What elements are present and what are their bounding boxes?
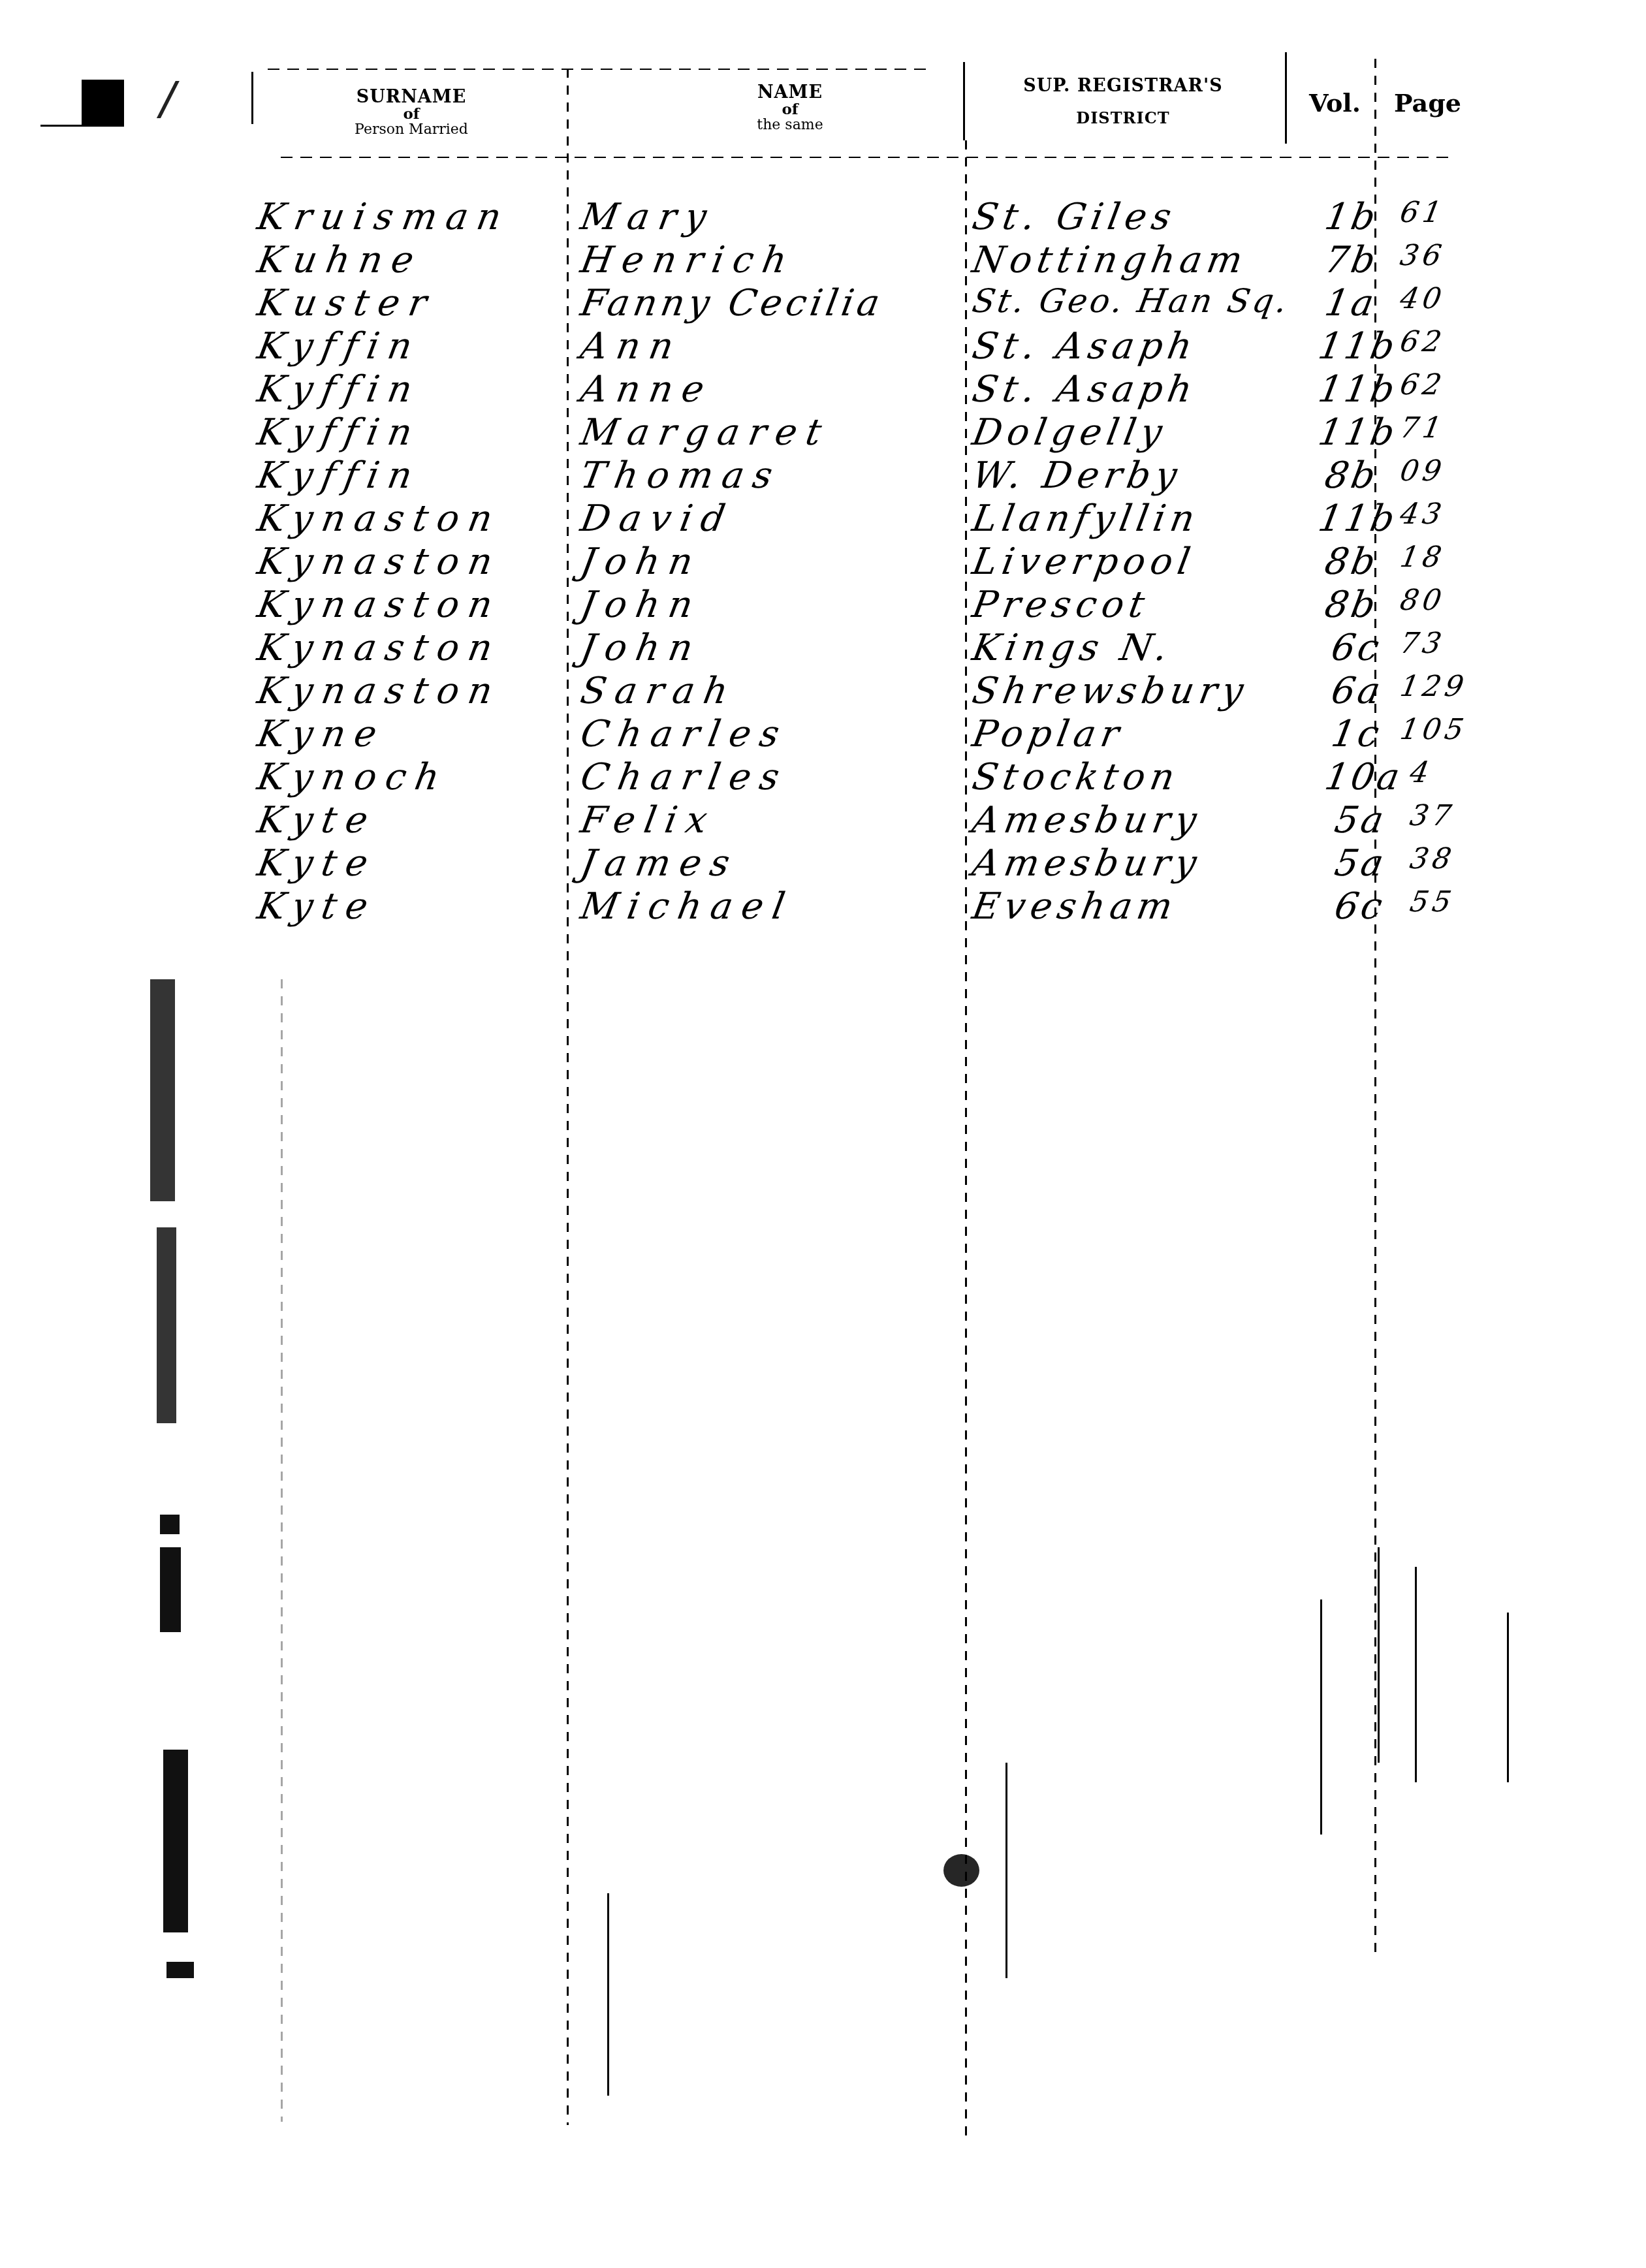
district: Dolgelly xyxy=(969,411,1170,454)
volume: 1b xyxy=(1322,196,1381,238)
volume: 6a xyxy=(1328,670,1385,712)
district: W. Derby xyxy=(969,454,1185,497)
page: 37 xyxy=(1408,799,1458,832)
ruling-line-lower-district xyxy=(1005,1763,1007,1978)
page-column-header: Page xyxy=(1394,88,1461,118)
page: 09 xyxy=(1398,454,1448,488)
volume: 11b xyxy=(1315,497,1401,540)
district: Llanfyllin xyxy=(969,497,1203,540)
page: 40 xyxy=(1398,282,1448,315)
entry-row: Kynaston John Kings N. 6c 73 xyxy=(0,627,1646,670)
ruling-line-lower-name xyxy=(607,1893,609,2096)
surname: Kyffin xyxy=(254,368,424,411)
scan-edge-artifact xyxy=(160,1547,181,1632)
district: Stockton xyxy=(969,756,1183,798)
district: Nottingham xyxy=(969,239,1251,281)
volume: 8b xyxy=(1322,541,1381,583)
district: St. Asaph xyxy=(969,325,1200,368)
page: 43 xyxy=(1398,497,1448,531)
page: 129 xyxy=(1398,670,1470,703)
ruling-line-left-margin xyxy=(281,979,283,2122)
surname: Kuster xyxy=(254,282,439,324)
surname: Kruisman xyxy=(254,196,513,238)
surname: Kyne xyxy=(254,713,389,755)
surname-header-line2: of xyxy=(307,106,516,122)
forename: James xyxy=(577,842,742,885)
ruling-line-right-3 xyxy=(1415,1567,1417,1782)
scan-edge-artifact xyxy=(166,1962,194,1978)
volume: 5a xyxy=(1331,842,1389,885)
forename: David xyxy=(577,497,737,540)
surname: Kyte xyxy=(254,799,380,842)
page: 73 xyxy=(1398,627,1448,660)
entry-row: Kyne Charles Poplar 1c 105 xyxy=(0,713,1646,756)
district: St. Giles xyxy=(969,196,1179,238)
corner-underline xyxy=(40,125,86,127)
surname: Kyffin xyxy=(254,454,424,497)
page: 80 xyxy=(1398,584,1448,617)
district: Amesbury xyxy=(969,799,1205,842)
entry-row: Kynaston Sarah Shrewsbury 6a 129 xyxy=(0,670,1646,713)
ruling-line-right-2 xyxy=(1378,1547,1380,1763)
entry-row: Kuhne Henrich Nottingham 7b 36 xyxy=(0,239,1646,282)
page: 4 xyxy=(1408,756,1436,789)
entry-row: Kynaston John Liverpool 8b 18 xyxy=(0,541,1646,584)
page: 61 xyxy=(1398,196,1448,229)
forename: Charles xyxy=(577,756,791,798)
volume: 1a xyxy=(1322,282,1379,324)
district: Kings N. xyxy=(969,627,1176,669)
forename: Sarah xyxy=(577,670,740,712)
district: St. Asaph xyxy=(969,368,1200,411)
page: 38 xyxy=(1408,842,1458,875)
scan-edge-artifact xyxy=(157,1227,176,1423)
ruling-line-right-1 xyxy=(1320,1599,1322,1835)
name-column-header: NAME of the same xyxy=(686,84,894,133)
surname: Kuhne xyxy=(254,239,426,281)
name-header-line3: the same xyxy=(686,118,894,133)
forename: Margaret xyxy=(577,411,834,454)
header-bottom-rule xyxy=(281,157,1449,158)
surname: Kynaston xyxy=(254,627,505,669)
surname: Kyte xyxy=(254,885,380,928)
name-header-line1: NAME xyxy=(686,84,894,102)
entry-row: Kyffin Anne St. Asaph 11b 62 xyxy=(0,368,1646,411)
corner-black-mark xyxy=(82,80,124,127)
page: 36 xyxy=(1398,239,1448,272)
volume: 10a xyxy=(1322,756,1405,798)
surname: Kynaston xyxy=(254,670,505,712)
page: 55 xyxy=(1408,885,1458,919)
district: Amesbury xyxy=(969,842,1205,885)
surname-header-line3: Person Married xyxy=(307,122,516,137)
forename: John xyxy=(577,541,705,583)
entry-row: Kyffin Margaret Dolgelly 11b 71 xyxy=(0,411,1646,454)
district: Liverpool xyxy=(969,541,1198,583)
forename: Ann xyxy=(577,325,686,368)
volume: 11b xyxy=(1315,368,1401,411)
surname: Kyte xyxy=(254,842,380,885)
surname-column-header: SURNAME of Person Married xyxy=(307,88,516,138)
volume: 6c xyxy=(1331,885,1387,928)
entry-row: Kynaston David Llanfyllin 11b 43 xyxy=(0,497,1646,541)
corner-pencil-mark: / xyxy=(160,72,176,125)
volume: 6c xyxy=(1328,627,1384,669)
forename: Mary xyxy=(577,196,719,238)
district: Poplar xyxy=(969,713,1128,755)
forename: Thomas xyxy=(577,454,785,497)
volume: 1c xyxy=(1328,713,1384,755)
page: 62 xyxy=(1398,368,1448,402)
district: Prescot xyxy=(969,584,1152,626)
entry-row: Kynaston John Prescot 8b 80 xyxy=(0,584,1646,627)
entry-row: Kruisman Mary St. Giles 1b 61 xyxy=(0,196,1646,239)
page: 62 xyxy=(1398,325,1448,358)
district: Shrewsbury xyxy=(969,670,1252,712)
entry-row: Kyte Michael Evesham 6c 55 xyxy=(0,885,1646,928)
volume: 8b xyxy=(1322,454,1381,497)
volume: 8b xyxy=(1322,584,1381,626)
scan-edge-artifact xyxy=(160,1515,180,1534)
surname: Kyffin xyxy=(254,325,424,368)
scan-edge-artifact xyxy=(163,1750,188,1932)
forename: Felix xyxy=(577,799,720,842)
entry-row: Kyte Felix Amesbury 5a 37 xyxy=(0,799,1646,842)
vol-column-header: Vol. xyxy=(1309,88,1361,118)
district-header-line2: DISTRICT xyxy=(979,110,1267,126)
surname-header-line1: SURNAME xyxy=(307,88,516,106)
volume: 11b xyxy=(1315,325,1401,368)
scan-edge-artifact xyxy=(150,979,175,1201)
surname: Kynaston xyxy=(254,541,505,583)
forename: Fanny Cecilia xyxy=(577,282,887,324)
forename: Anne xyxy=(577,368,716,411)
page: 18 xyxy=(1398,541,1448,574)
entry-row: Kyte James Amesbury 5a 38 xyxy=(0,842,1646,885)
surname: Kynaston xyxy=(254,497,505,540)
column-divider-name-district xyxy=(963,62,965,140)
entry-row: Kyffin Ann St. Asaph 11b 62 xyxy=(0,325,1646,368)
entry-row: Kynoch Charles Stockton 10a 4 xyxy=(0,756,1646,799)
district: St. Geo. Han Sq. xyxy=(970,282,1293,320)
surname: Kyffin xyxy=(254,411,424,454)
forename: Michael xyxy=(577,885,797,928)
district: Evesham xyxy=(969,885,1180,928)
forename: John xyxy=(577,584,705,626)
column-divider-district-vol xyxy=(1285,52,1287,144)
district-column-header: SUP. REGISTRAR'S DISTRICT xyxy=(979,77,1267,127)
volume: 7b xyxy=(1322,239,1381,281)
page: 71 xyxy=(1398,411,1448,445)
volume: 5a xyxy=(1331,799,1389,842)
forename: John xyxy=(577,627,705,669)
entry-row: Kyffin Thomas W. Derby 8b 09 xyxy=(0,454,1646,497)
ruling-line-right-4 xyxy=(1507,1613,1509,1782)
forename: Henrich xyxy=(577,239,799,281)
entry-row: Kuster Fanny Cecilia St. Geo. Han Sq. 1a… xyxy=(0,282,1646,325)
page: 105 xyxy=(1398,713,1470,746)
surname: Kynaston xyxy=(254,584,505,626)
forename: Charles xyxy=(577,713,791,755)
header-divider-left xyxy=(251,72,253,124)
name-header-line2: of xyxy=(686,102,894,118)
district-header-line1: SUP. REGISTRAR'S xyxy=(979,77,1267,95)
header-top-rule xyxy=(268,69,934,70)
volume: 11b xyxy=(1315,411,1401,454)
ink-blot xyxy=(943,1854,979,1887)
surname: Kynoch xyxy=(254,756,452,798)
